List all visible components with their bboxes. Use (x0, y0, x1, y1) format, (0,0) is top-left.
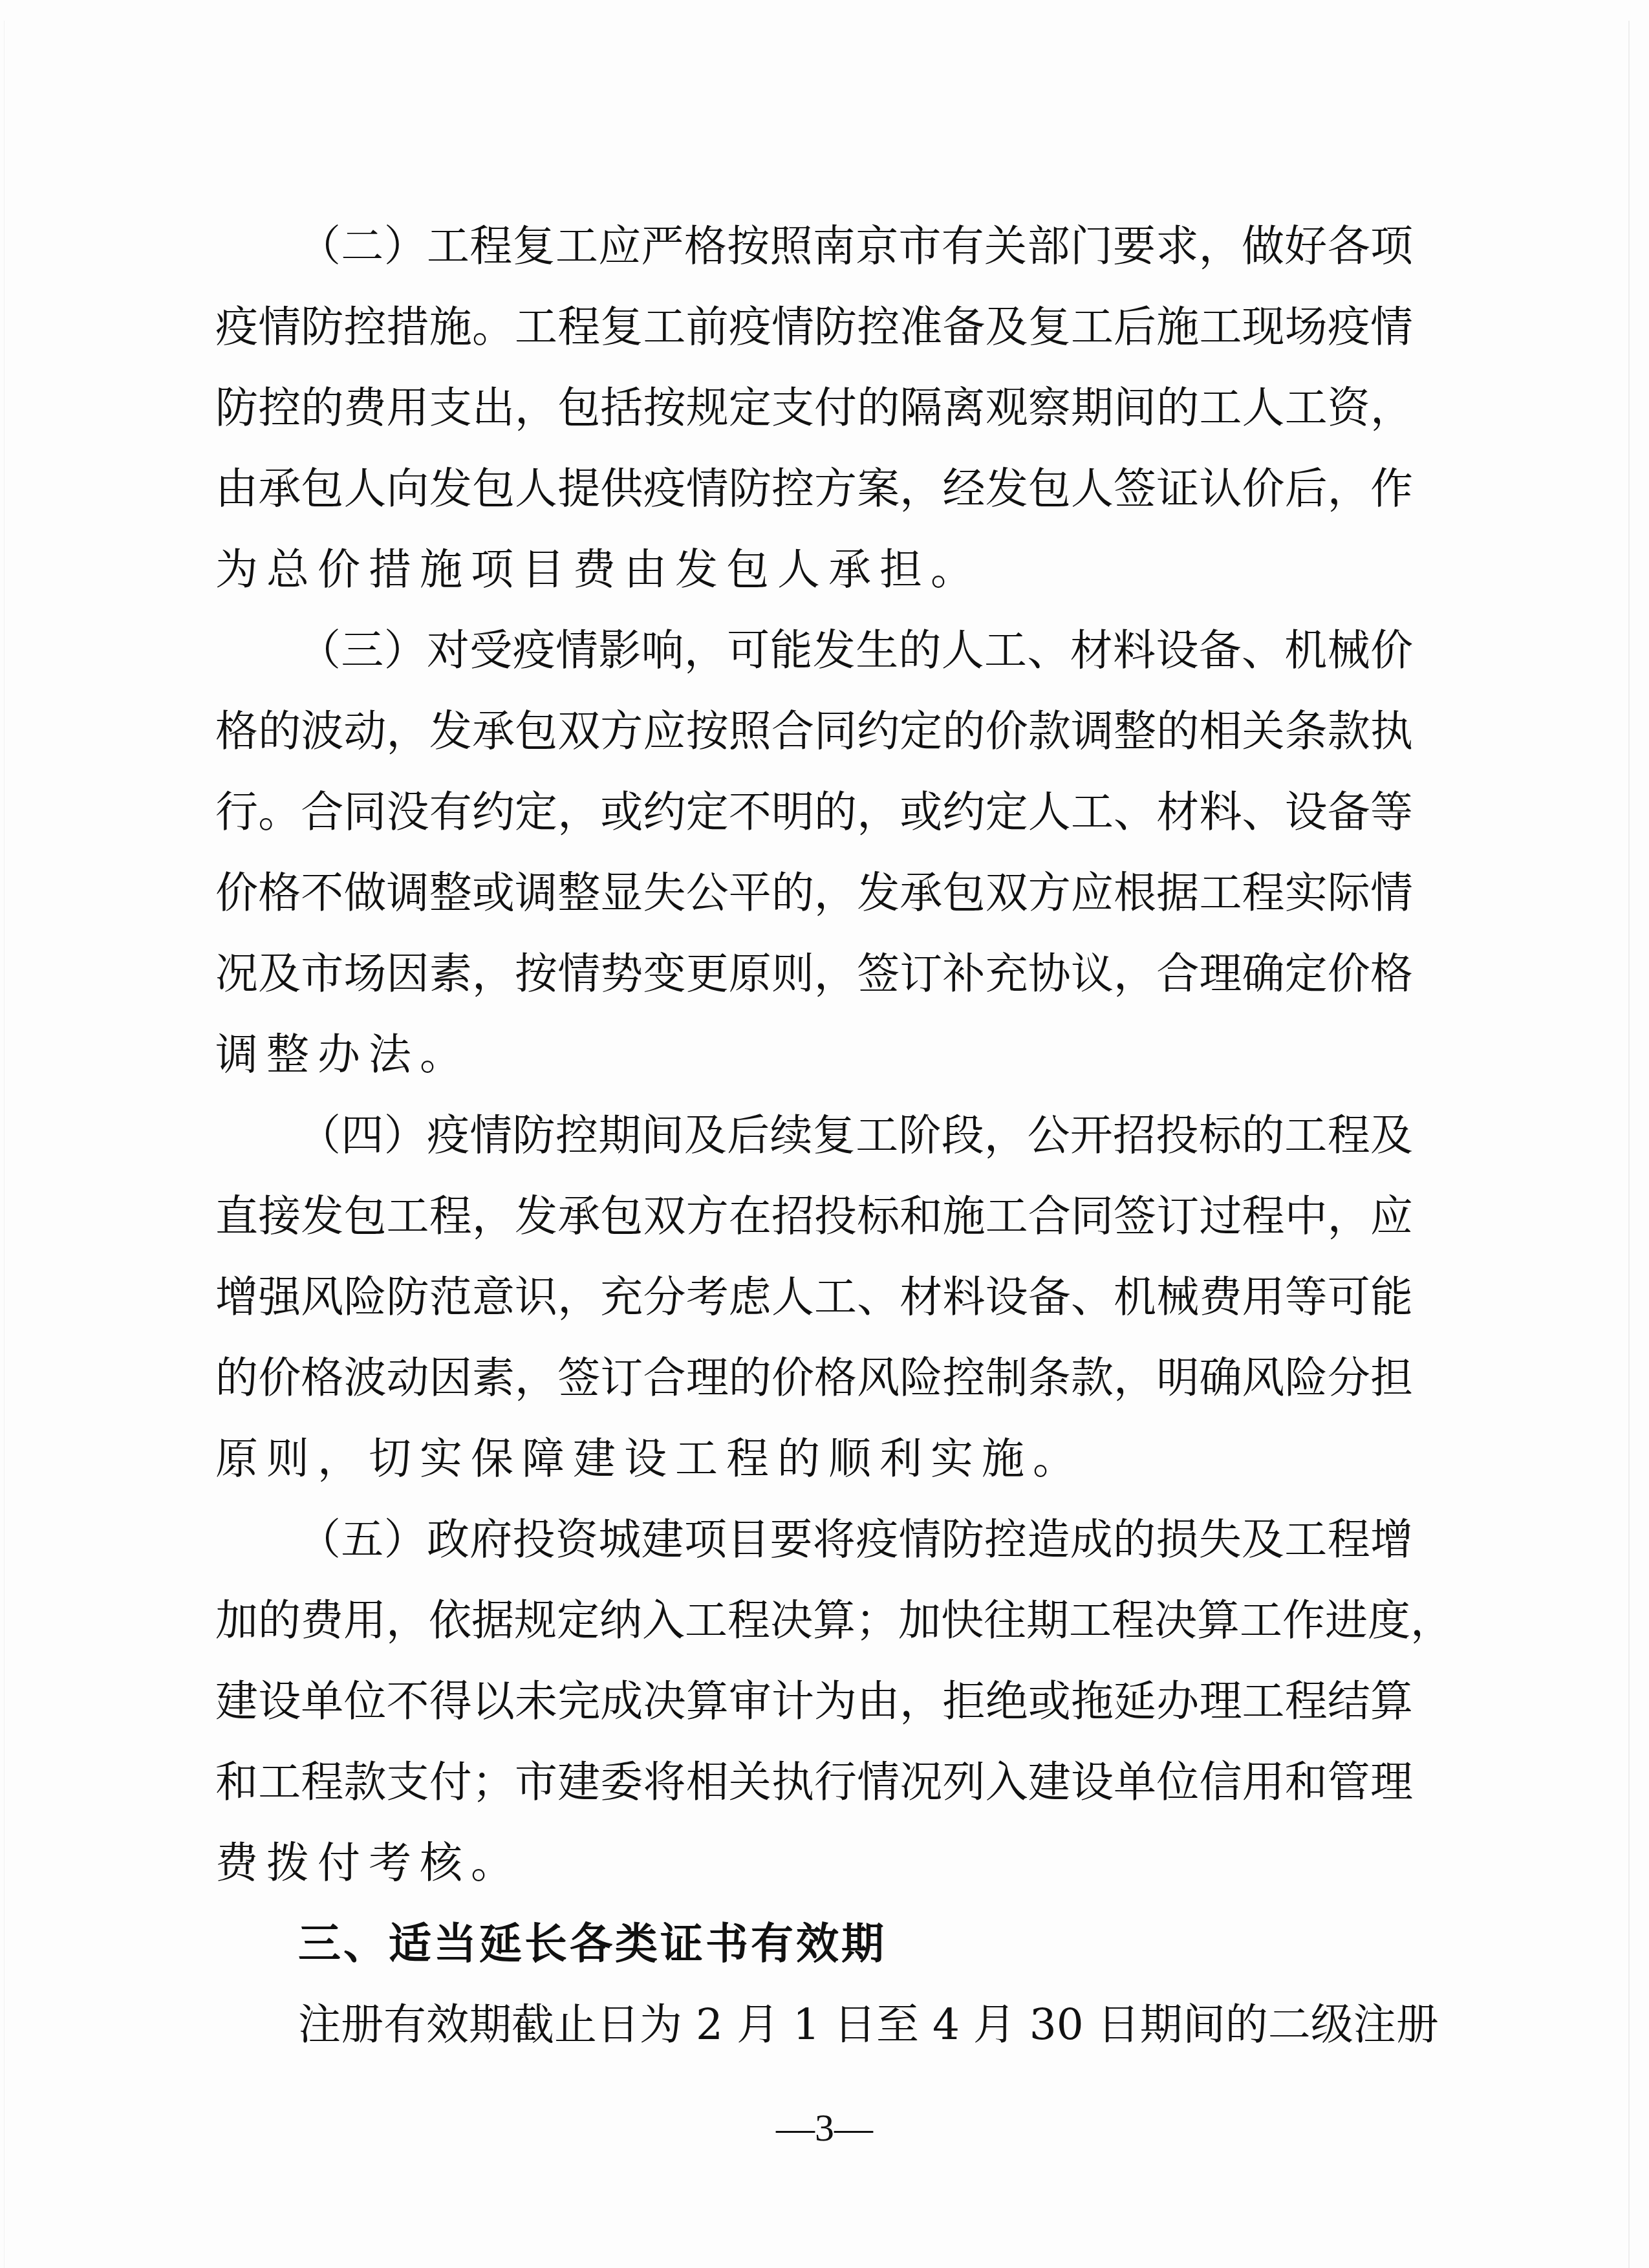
paragraph-line: 直接发包工程，发承包双方在招投标和施工合同签订过程中，应 (215, 1176, 1413, 1257)
paragraph-line: 调整办法。 (215, 1014, 1413, 1095)
paragraph-line: 费拨付考核。 (215, 1822, 1413, 1903)
paragraph-line: 建设单位不得以未完成决算审计为由，拒绝或拖延办理工程结算 (215, 1661, 1413, 1742)
paragraph-line: 由承包人向发包人提供疫情防控方案，经发包人签证认价后，作 (215, 448, 1413, 529)
paragraph-line: 原则，切实保障建设工程的顺利实施。 (215, 1418, 1413, 1499)
paragraph-item-2: （二）工程复工应严格按照南京市有关部门要求，做好各项 疫情防控措施。工程复工前疫… (215, 206, 1413, 610)
document-page: （二）工程复工应严格按照南京市有关部门要求，做好各项 疫情防控措施。工程复工前疫… (0, 0, 1649, 2268)
paragraph-line: 加的费用，依据规定纳入工程决算；加快往期工程决算工作进度， (215, 1580, 1413, 1661)
paragraph-line: （二）工程复工应严格按照南京市有关部门要求，做好各项 (215, 206, 1413, 286)
paragraph-item-5: （五）政府投资城建项目要将疫情防控造成的损失及工程增 加的费用，依据规定纳入工程… (215, 1499, 1413, 1903)
paragraph-line: 增强风险防范意识，充分考虑人工、材料设备、机械费用等可能 (215, 1257, 1413, 1337)
paragraph-line: 疫情防控措施。工程复工前疫情防控准备及复工后施工现场疫情 (215, 286, 1413, 367)
document-body: （二）工程复工应严格按照南京市有关部门要求，做好各项 疫情防控措施。工程复工前疫… (215, 206, 1413, 2065)
paragraph-item-3: （三）对受疫情影响，可能发生的人工、材料设备、机械价 格的波动，发承包双方应按照… (215, 610, 1413, 1095)
paragraph-line: （四）疫情防控期间及后续复工阶段，公开招投标的工程及 (215, 1095, 1413, 1176)
paragraph-line: 价格不做调整或调整显失公平的，发承包双方应根据工程实际情 (215, 852, 1413, 933)
paragraph-line: 和工程款支付；市建委将相关执行情况列入建设单位信用和管理 (215, 1742, 1413, 1822)
paragraph-line: 的价格波动因素，签订合理的价格风险控制条款，明确风险分担 (215, 1337, 1413, 1418)
paragraph-line: 况及市场因素，按情势变更原则，签订补充协议，合理确定价格 (215, 933, 1413, 1014)
page-number: —3— (0, 2105, 1649, 2150)
paragraph-item-4: （四）疫情防控期间及后续复工阶段，公开招投标的工程及 直接发包工程，发承包双方在… (215, 1095, 1413, 1499)
paragraph-line: 为总价措施项目费由发包人承担。 (215, 529, 1413, 610)
paragraph-line: 防控的费用支出，包括按规定支付的隔离观察期间的工人工资， (215, 367, 1413, 448)
section-heading: 三、适当延长各类证书有效期 (215, 1903, 1413, 1984)
paragraph-line: （五）政府投资城建项目要将疫情防控造成的损失及工程增 (215, 1499, 1413, 1580)
section-paragraph-line: 注册有效期截止日为 2 月 1 日至 4 月 30 日期间的二级注册 (215, 1984, 1413, 2065)
paragraph-line: 行。合同没有约定，或约定不明的，或约定人工、材料、设备等 (215, 772, 1413, 852)
paragraph-line: 格的波动，发承包双方应按照合同约定的价款调整的相关条款执 (215, 691, 1413, 772)
paragraph-line: （三）对受疫情影响，可能发生的人工、材料设备、机械价 (215, 610, 1413, 691)
